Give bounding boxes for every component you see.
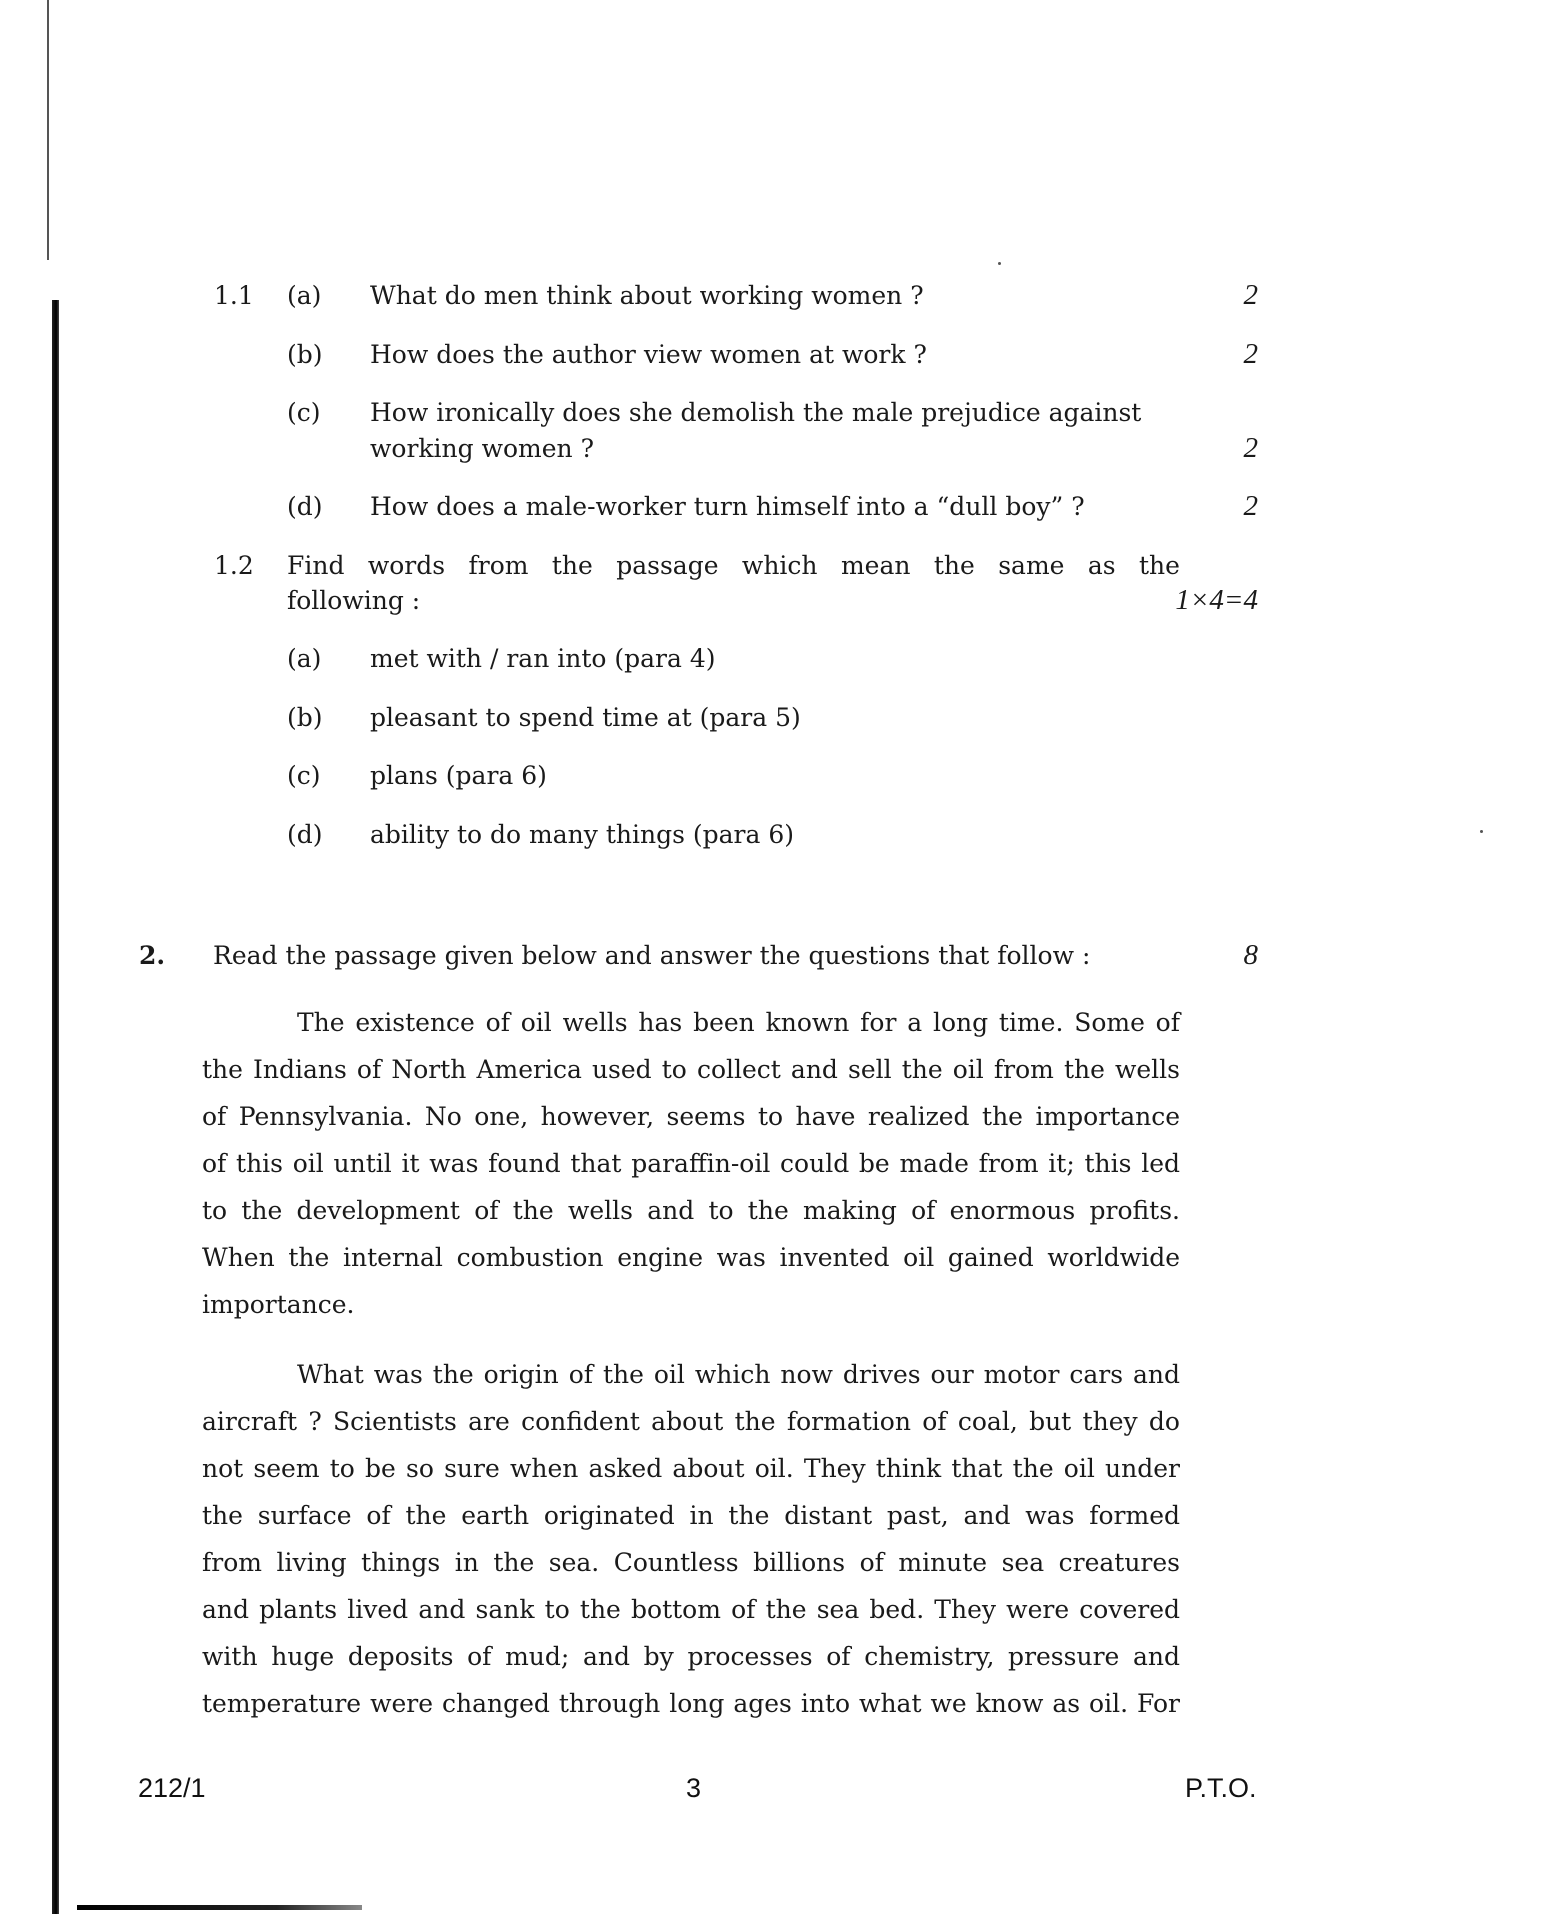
passage-line: and plants lived and sank to the bottom … [202,1595,1180,1625]
item-text: met with / ran into (para 4) [370,644,716,673]
page-number: 3 [686,1773,701,1804]
item-label: (b) [287,340,323,369]
passage-line: When the internal combustion engine was … [202,1243,1180,1273]
passage-line: aircraft ? Scientists are confident abou… [202,1407,1180,1437]
passage-line: with huge deposits of mud; and by proces… [202,1642,1180,1672]
passage-line: What was the origin of the oil which now… [297,1360,1180,1390]
marks: 8 [1138,939,1258,972]
marks: 2 [1138,279,1258,312]
item-text: How does the author view women at work ? [370,340,927,369]
passage-line: temperature were changed through long ag… [202,1689,1180,1719]
paper-code: 212/1 [138,1773,206,1804]
passage-line: The existence of oil wells has been know… [297,1008,1180,1038]
scan-left-edge-thin [47,0,49,260]
instruction-line2: following : [287,586,420,615]
word: Find [287,551,344,580]
item-text: ability to do many things (para 6) [370,820,794,849]
item-text-line1: How ironically does she demolish the mal… [370,398,1141,427]
passage-line: of Pennsylvania. No one, however, seems … [202,1102,1180,1132]
item-label: (d) [287,820,323,849]
passage-line: to the development of the wells and to t… [202,1196,1180,1226]
item-text: pleasant to spend time at (para 5) [370,703,801,732]
marks: 2 [1138,338,1258,371]
passage-line: the surface of the earth originated in t… [202,1501,1180,1531]
please-turn-over: P.T.O. [1185,1773,1257,1804]
item-label: (c) [287,761,321,790]
item-label: (a) [287,644,321,673]
word: mean [841,551,911,580]
marks: 2 [1138,490,1258,523]
instruction-line1: Find words from the passage which mean t… [287,551,1180,580]
item-label: (b) [287,703,323,732]
item-label: (d) [287,492,323,521]
sub-question-number: 1.2 [214,551,254,580]
scan-bottom-edge [77,1905,362,1910]
word: the [1139,551,1180,580]
word: passage [616,551,718,580]
passage-line: from living things in the sea. Countless… [202,1548,1180,1578]
item-label: (c) [287,398,321,427]
word: the [934,551,975,580]
passage-line: not seem to be so sure when asked about … [202,1454,1180,1484]
item-label: (a) [287,281,321,310]
passage-line: the Indians of North America used to col… [202,1055,1180,1085]
word: words [368,551,445,580]
word: the [552,551,593,580]
item-text-line2: working women ? [370,434,594,463]
sub-question-number: 1.1 [214,281,254,310]
passage-line: importance. [202,1290,1180,1320]
item-text: plans (para 6) [370,761,547,790]
item-text: What do men think about working women ? [370,281,924,310]
item-text: How does a male-worker turn himself into… [370,492,1085,521]
question-instruction: Read the passage given below and answer … [213,941,1090,970]
marks: 2 [1138,432,1258,465]
word: which [742,551,818,580]
scan-left-edge-thick [52,300,59,1914]
marks: 1×4=4 [1078,584,1258,617]
word: from [469,551,529,580]
passage-line: of this oil until it was found that para… [202,1149,1180,1179]
question-number: 2. [139,941,165,970]
scan-speck [1480,830,1483,833]
scan-speck [998,262,1001,265]
word: as [1088,551,1116,580]
word: same [998,551,1064,580]
